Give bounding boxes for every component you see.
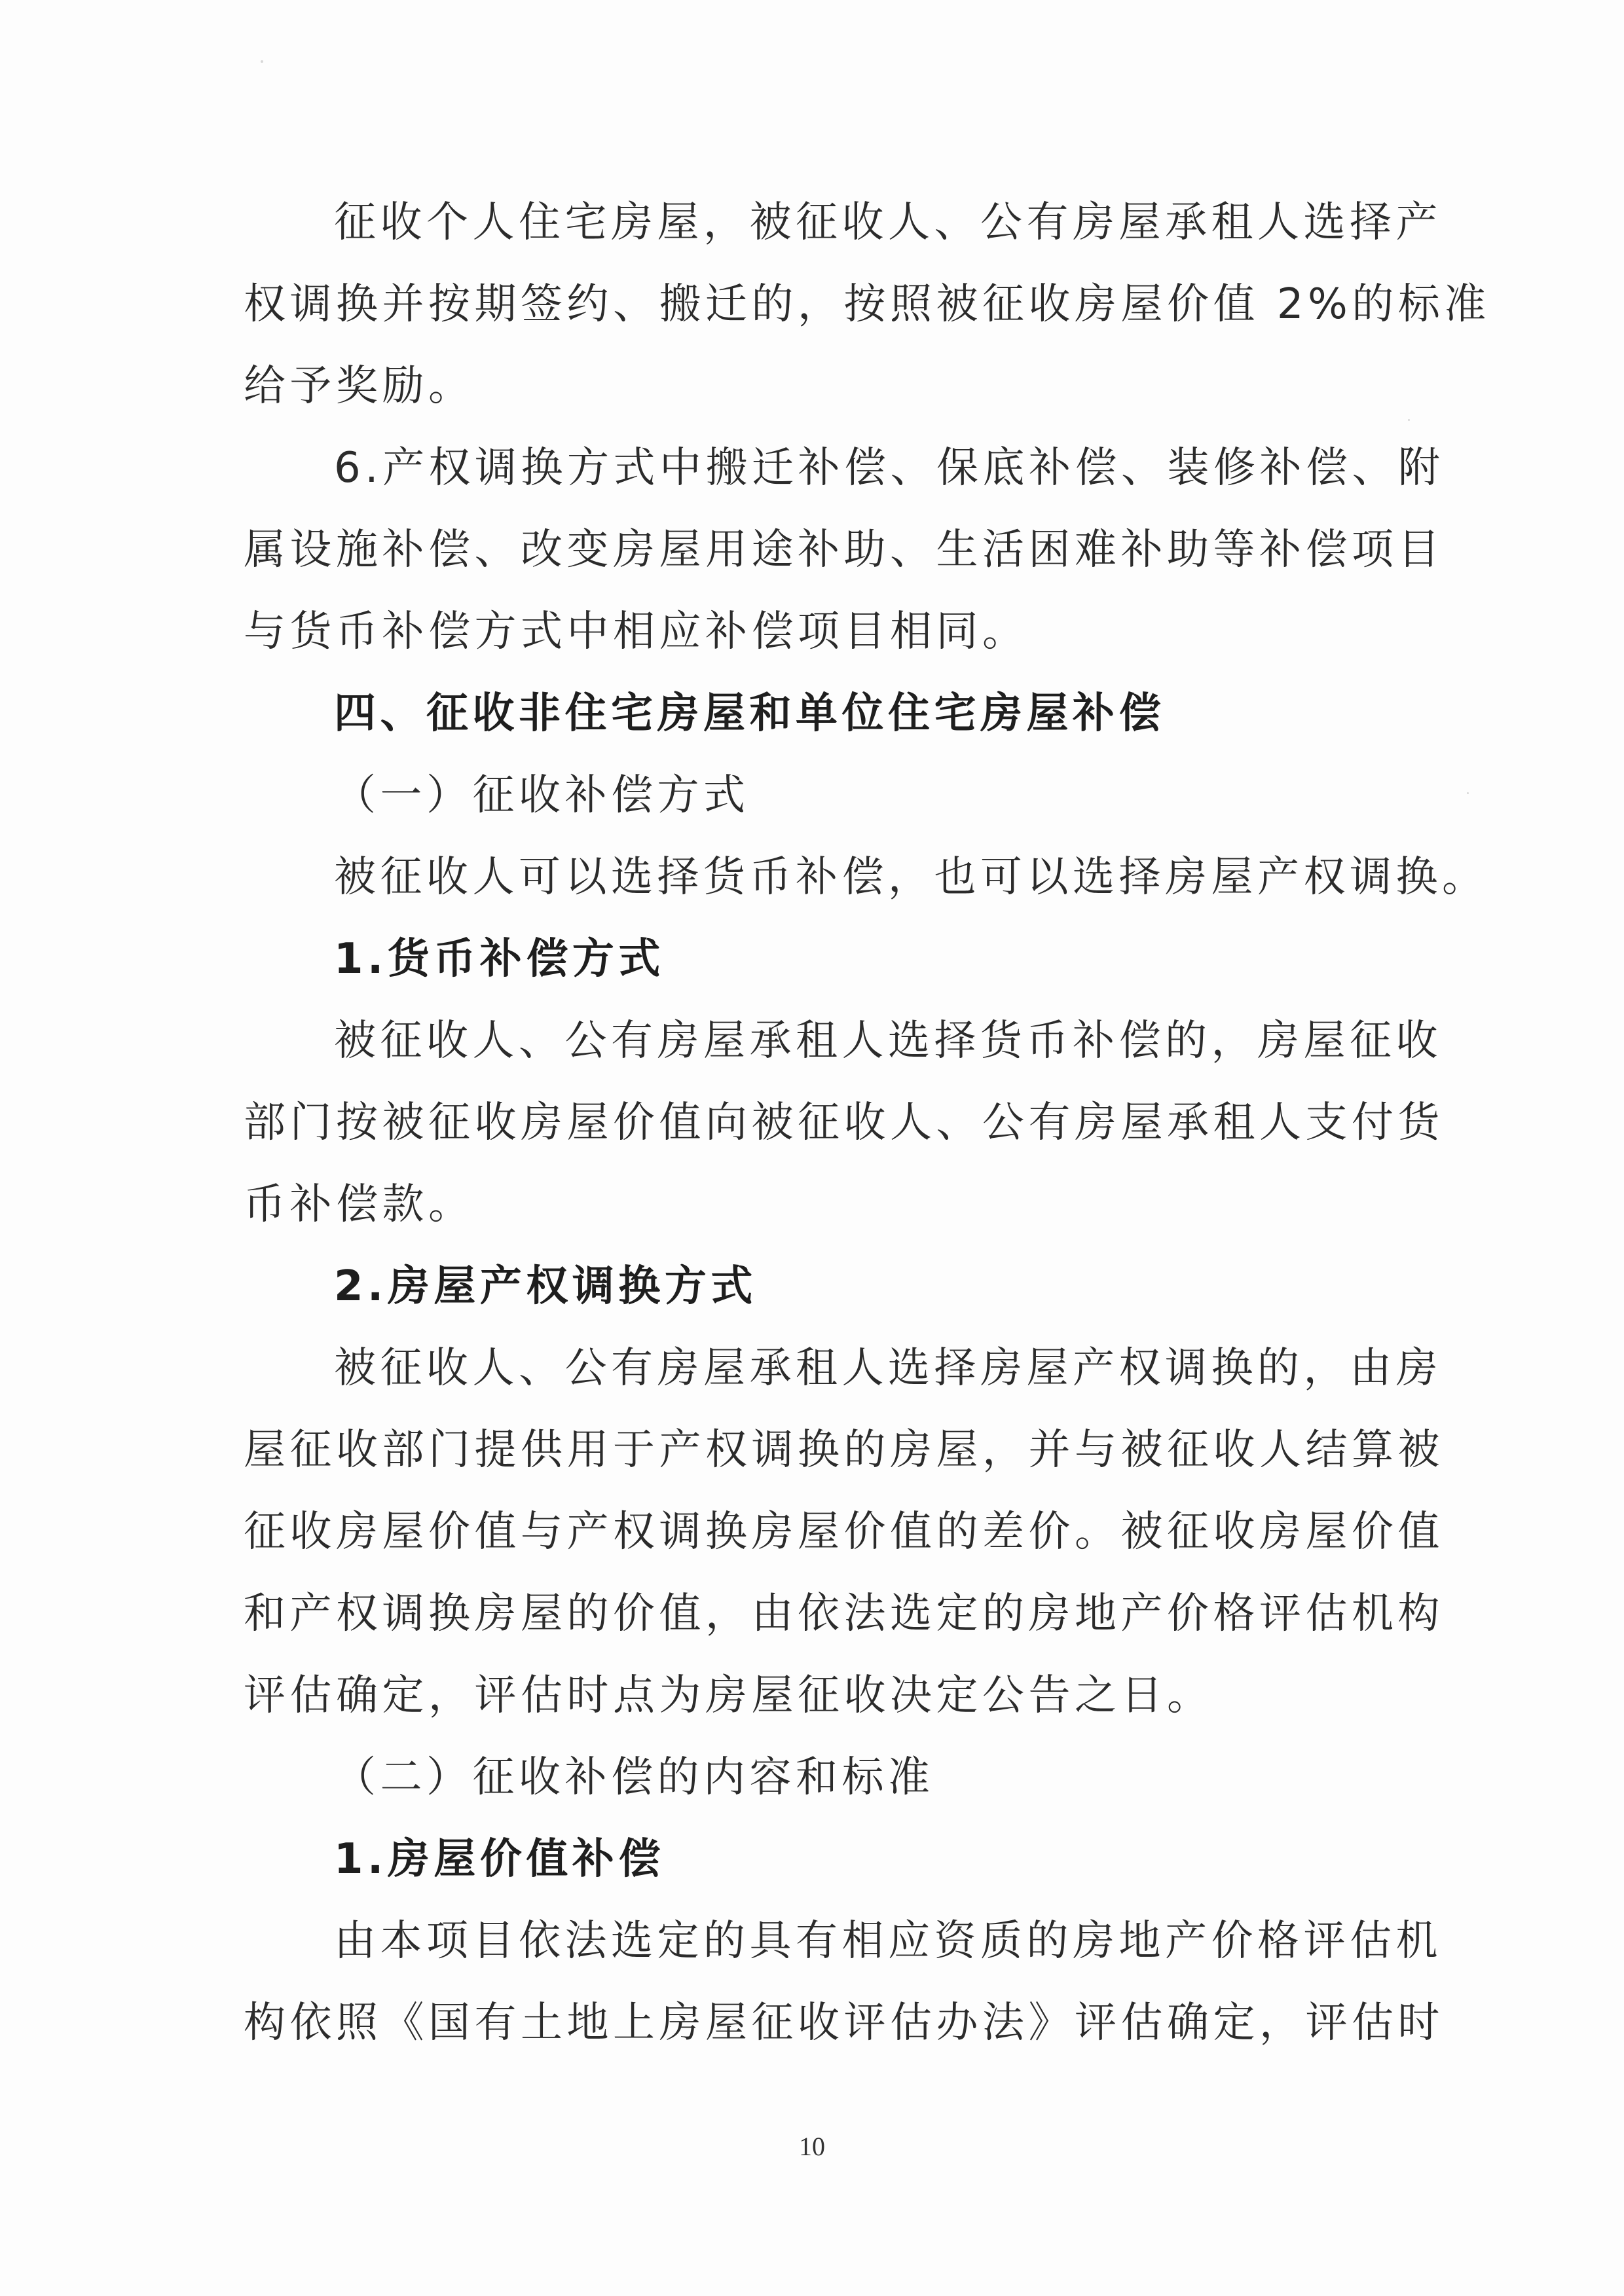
item-heading: 1.房屋价值补偿	[334, 1827, 1376, 1892]
paragraph-line: 被征收人、公有房屋承租人选择房屋产权调换的，由房	[334, 1336, 1376, 1401]
item-heading: 2.房屋产权调换方式	[334, 1254, 1376, 1319]
paragraph-line: 被征收人可以选择货币补偿，也可以选择房屋产权调换。	[334, 845, 1376, 910]
paragraph-line: 币补偿款。	[244, 1172, 1376, 1237]
scan-speck	[261, 60, 263, 63]
paragraph-line: 权调换并按期签约、搬迁的，按照被征收房屋价值 2%的标准	[244, 272, 1376, 337]
scan-speck	[1408, 419, 1410, 421]
paragraph-line: 部门按被征收房屋价值向被征收人、公有房屋承租人支付货	[244, 1090, 1376, 1156]
paragraph-line: 由本项目依法选定的具有相应资质的房地产价格评估机	[334, 1908, 1376, 1974]
paragraph-line: 被征收人、公有房屋承租人选择货币补偿的，房屋征收	[334, 1008, 1376, 1074]
paragraph-line: 征收个人住宅房屋，被征收人、公有房屋承租人选择产	[334, 190, 1376, 255]
subsection-heading: （二）征收补偿的内容和标准	[334, 1745, 1376, 1810]
paragraph-line: 构依照《国有土地上房屋征收评估办法》评估确定，评估时	[244, 1990, 1376, 2056]
paragraph-line: 6.产权调换方式中搬迁补偿、保底补偿、装修补偿、附	[334, 435, 1376, 501]
paragraph-line: 屋征收部门提供用于产权调换的房屋，并与被征收人结算被	[244, 1417, 1376, 1483]
paragraph-line: 给予奖励。	[244, 354, 1376, 419]
paragraph-line: 评估确定，评估时点为房屋征收决定公告之日。	[244, 1663, 1376, 1728]
document-page: 征收个人住宅房屋，被征收人、公有房屋承租人选择产 权调换并按期签约、搬迁的，按照…	[0, 0, 1624, 2296]
paragraph-line: 和产权调换房屋的价值，由依法选定的房地产价格评估机构	[244, 1581, 1376, 1647]
scan-speck	[1467, 792, 1469, 794]
subsection-heading: （一）征收补偿方式	[334, 763, 1376, 828]
paragraph-line: 属设施补偿、改变房屋用途补助、生活困难补助等补偿项目	[244, 517, 1376, 583]
item-heading: 1.货币补偿方式	[334, 926, 1376, 992]
paragraph-line: 征收房屋价值与产权调换房屋价值的差价。被征收房屋价值	[244, 1499, 1376, 1565]
paragraph-line: 与货币补偿方式中相应补偿项目相同。	[244, 599, 1376, 665]
section-heading: 四、征收非住宅房屋和单位住宅房屋补偿	[334, 681, 1376, 746]
page-number: 10	[0, 2131, 1624, 2162]
